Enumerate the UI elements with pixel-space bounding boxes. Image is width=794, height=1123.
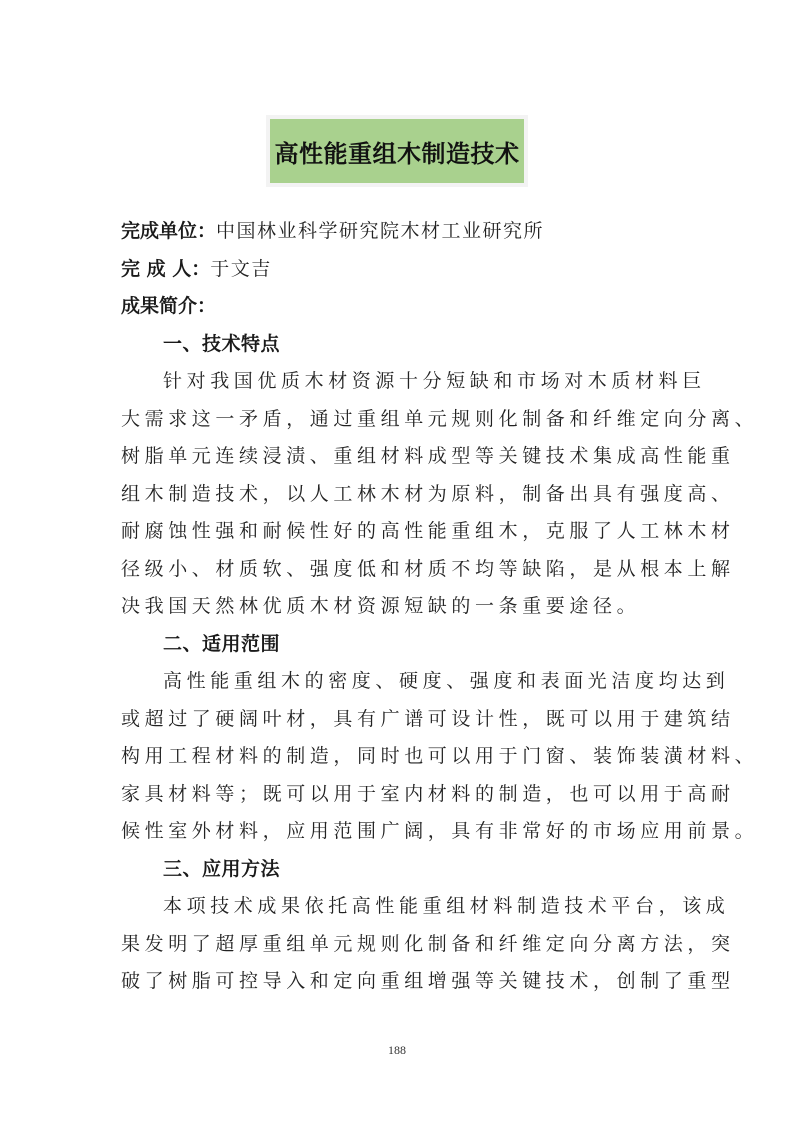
section-heading-method: 三、应用方法 — [121, 851, 681, 889]
paragraph-line: 径级小、材质软、强度低和材质不均等缺陷，是从根本上解 — [121, 551, 681, 589]
paragraph-line: 高性能重组木的密度、硬度、强度和表面光洁度均达到 — [121, 663, 681, 701]
paragraph-line: 组木制造技术，以人工林木材为原料，制备出具有强度高、 — [121, 476, 681, 514]
paragraph-line: 树脂单元连续浸渍、重组材料成型等关键技术集成高性能重 — [121, 438, 681, 476]
paragraph-line: 候性室外材料，应用范围广阔，具有非常好的市场应用前景。 — [121, 813, 681, 851]
person-value: 于文吉 — [210, 258, 272, 280]
summary-row: 成果简介： — [121, 288, 681, 326]
section-heading-scope: 二、适用范围 — [121, 626, 681, 664]
paragraph-line: 果发明了超厚重组单元规则化制备和纤维定向分离方法，突 — [121, 926, 681, 964]
unit-label: 完成单位： — [121, 220, 216, 242]
paragraph-line: 本项技术成果依托高性能重组材料制造技术平台，该成 — [121, 888, 681, 926]
paragraph-line: 针对我国优质木材资源十分短缺和市场对木质材料巨 — [121, 363, 681, 401]
summary-label: 成果简介： — [121, 295, 216, 317]
paragraph-line: 或超过了硬阔叶材，具有广谱可设计性，既可以用于建筑结 — [121, 701, 681, 739]
paragraph-line: 家具材料等；既可以用于室内材料的制造，也可以用于高耐 — [121, 776, 681, 814]
person-row: 完 成 人：于文吉 — [121, 251, 681, 289]
page-number: 188 — [0, 1043, 794, 1058]
paragraph-line: 决我国天然林优质木材资源短缺的一条重要途径。 — [121, 588, 681, 626]
paragraph-line: 构用工程材料的制造，同时也可以用于门窗、装饰装潢材料、 — [121, 738, 681, 776]
paragraph-line: 大需求这一矛盾，通过重组单元规则化制备和纤维定向分离、 — [121, 401, 681, 439]
section-heading-features: 一、技术特点 — [121, 326, 681, 364]
paragraph-line: 破了树脂可控导入和定向重组增强等关键技术，创制了重型 — [121, 963, 681, 1001]
document-title: 高性能重组木制造技术 — [275, 134, 520, 169]
person-label: 完 成 人： — [121, 258, 210, 280]
unit-value: 中国林业科学研究院木材工业研究所 — [216, 220, 544, 242]
paragraph-line: 耐腐蚀性强和耐候性好的高性能重组木，克服了人工林木材 — [121, 513, 681, 551]
title-box: 高性能重组木制造技术 — [270, 119, 524, 183]
unit-row: 完成单位：中国林业科学研究院木材工业研究所 — [121, 213, 681, 251]
document-body: 完成单位：中国林业科学研究院木材工业研究所 完 成 人：于文吉 成果简介： 一、… — [121, 213, 681, 1001]
